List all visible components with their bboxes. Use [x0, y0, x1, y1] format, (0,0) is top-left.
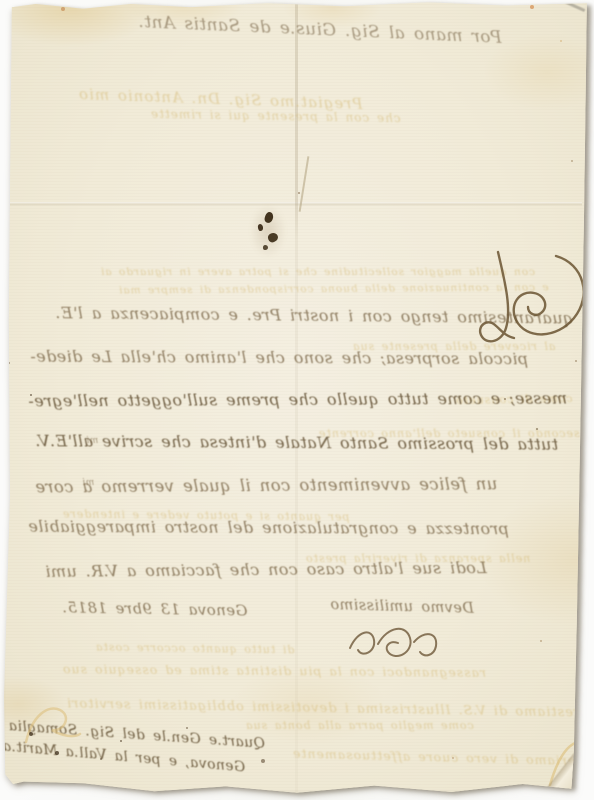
- superscript-mark: mi: [86, 436, 98, 446]
- scanned-letter-verso: Por mano al Sig. Gius.e de Santis Ant. P…: [0, 0, 594, 800]
- top-inscription-bleedthrough: Por mano al Sig. Gius.e de Santis Ant.: [138, 12, 502, 48]
- bleedthrough-line: prontezza e congratulazione del nostro i…: [28, 517, 509, 539]
- folded-corner: [544, 748, 582, 794]
- initial-flourish-bleedthrough: [468, 250, 590, 370]
- paper-sheet: Por mano al Sig. Gius.e de Santis Ant. P…: [0, 0, 594, 800]
- bleedthrough-line: un felice avvenimento con il quale verre…: [35, 474, 497, 496]
- ghost-line: rassegnandoci con la piu distinta stima …: [62, 661, 486, 680]
- ghost-line: che con la presente qui si rimette: [150, 107, 401, 125]
- valediction-bleedthrough: Devmo umilissimo: [330, 597, 474, 617]
- signature-flourish-bleedthrough: [344, 618, 448, 662]
- foxing-speckles: [0, 0, 2, 2]
- bleedthrough-line: messe; e come tutto quello che preme sul…: [28, 389, 567, 411]
- paper-surface: Por mano al Sig. Gius.e de Santis Ant. P…: [0, 0, 594, 800]
- dateline-bleedthrough: Genova 13 9bre 1815.: [62, 598, 248, 619]
- ghost-line: di tutto quanto occorre costa: [95, 641, 294, 657]
- horizontal-fold-crease: [6, 202, 582, 206]
- corner-crease-mark: [557, 0, 586, 12]
- bleedthrough-line: Lodi sue l'altro caso con che facciamo a…: [45, 558, 487, 581]
- bleedthrough-line: tutta del prossimo Santo Natale d'intesa…: [35, 431, 558, 454]
- ink-blot: [263, 245, 268, 250]
- ghost-flourish: [22, 698, 84, 750]
- superscript-mark: mi: [82, 478, 94, 488]
- ghost-line: come meglio parra alla bonta sua: [245, 719, 474, 732]
- bleedthrough-line: piccola sorpresa; che sono che l'animo c…: [30, 347, 528, 369]
- ghost-line: restiamo di V.S. Illustrissima i devotis…: [66, 697, 580, 721]
